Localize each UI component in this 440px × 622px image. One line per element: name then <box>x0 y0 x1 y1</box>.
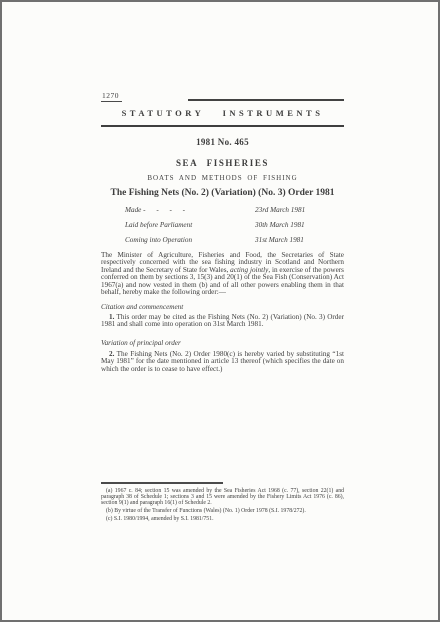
article-1-paragraph: 1. This order may be cited as the Fishin… <box>101 314 344 329</box>
date-label: Laid before Parliament <box>125 221 255 229</box>
subject-heading: SEA FISHERIES <box>101 158 344 168</box>
category-heading: BOATS AND METHODS OF FISHING <box>101 174 344 182</box>
header-rule-segment <box>188 99 344 101</box>
article-text: This order may be cited as the Fishing N… <box>101 313 344 328</box>
section-heading-citation: Citation and commencement <box>101 303 344 311</box>
date-label: Coming into Operation <box>125 236 255 244</box>
section-heading-variation: Variation of principal order <box>101 339 344 347</box>
si-number: 1981 No. 465 <box>101 137 344 147</box>
date-row-operation: Coming into Operation 31st March 1981 <box>125 236 344 244</box>
preamble-paragraph: The Minister of Agriculture, Fisheries a… <box>101 252 344 296</box>
dates-table: Made - - - - 23rd March 1981 Laid before… <box>125 206 344 250</box>
date-row-made: Made - - - - 23rd March 1981 <box>125 206 344 214</box>
header-rule <box>101 125 344 127</box>
date-value: 23rd March 1981 <box>255 206 305 214</box>
page-number: 1270 <box>101 92 122 102</box>
article-text: The Fishing Nets (No. 2) Order 1980(c) i… <box>101 350 344 373</box>
date-label: Made - - - - <box>125 206 255 214</box>
statutory-instruments-header: STATUTORY INSTRUMENTS <box>101 108 344 118</box>
footnote-b: (b) By virtue of the Transfer of Functio… <box>101 508 344 514</box>
date-value: 31st March 1981 <box>255 236 304 244</box>
date-value: 30th March 1981 <box>255 221 305 229</box>
footnote-a: (a) 1967 c. 84; section 15 was amended b… <box>101 488 344 507</box>
order-title: The Fishing Nets (No. 2) (Variation) (No… <box>101 188 344 198</box>
date-row-laid: Laid before Parliament 30th March 1981 <box>125 221 344 229</box>
page-header-row: 1270 <box>101 92 344 102</box>
footnotes-block: (a) 1967 c. 84; section 15 was amended b… <box>101 482 344 523</box>
footnote-c: (c) S.I. 1980/1994, amended by S.I. 1981… <box>101 516 344 522</box>
footnote-separator-rule <box>101 482 223 484</box>
article-2-paragraph: 2. The Fishing Nets (No. 2) Order 1980(c… <box>101 351 344 373</box>
document-page: 1270 STATUTORY INSTRUMENTS 1981 No. 465 … <box>0 0 440 622</box>
